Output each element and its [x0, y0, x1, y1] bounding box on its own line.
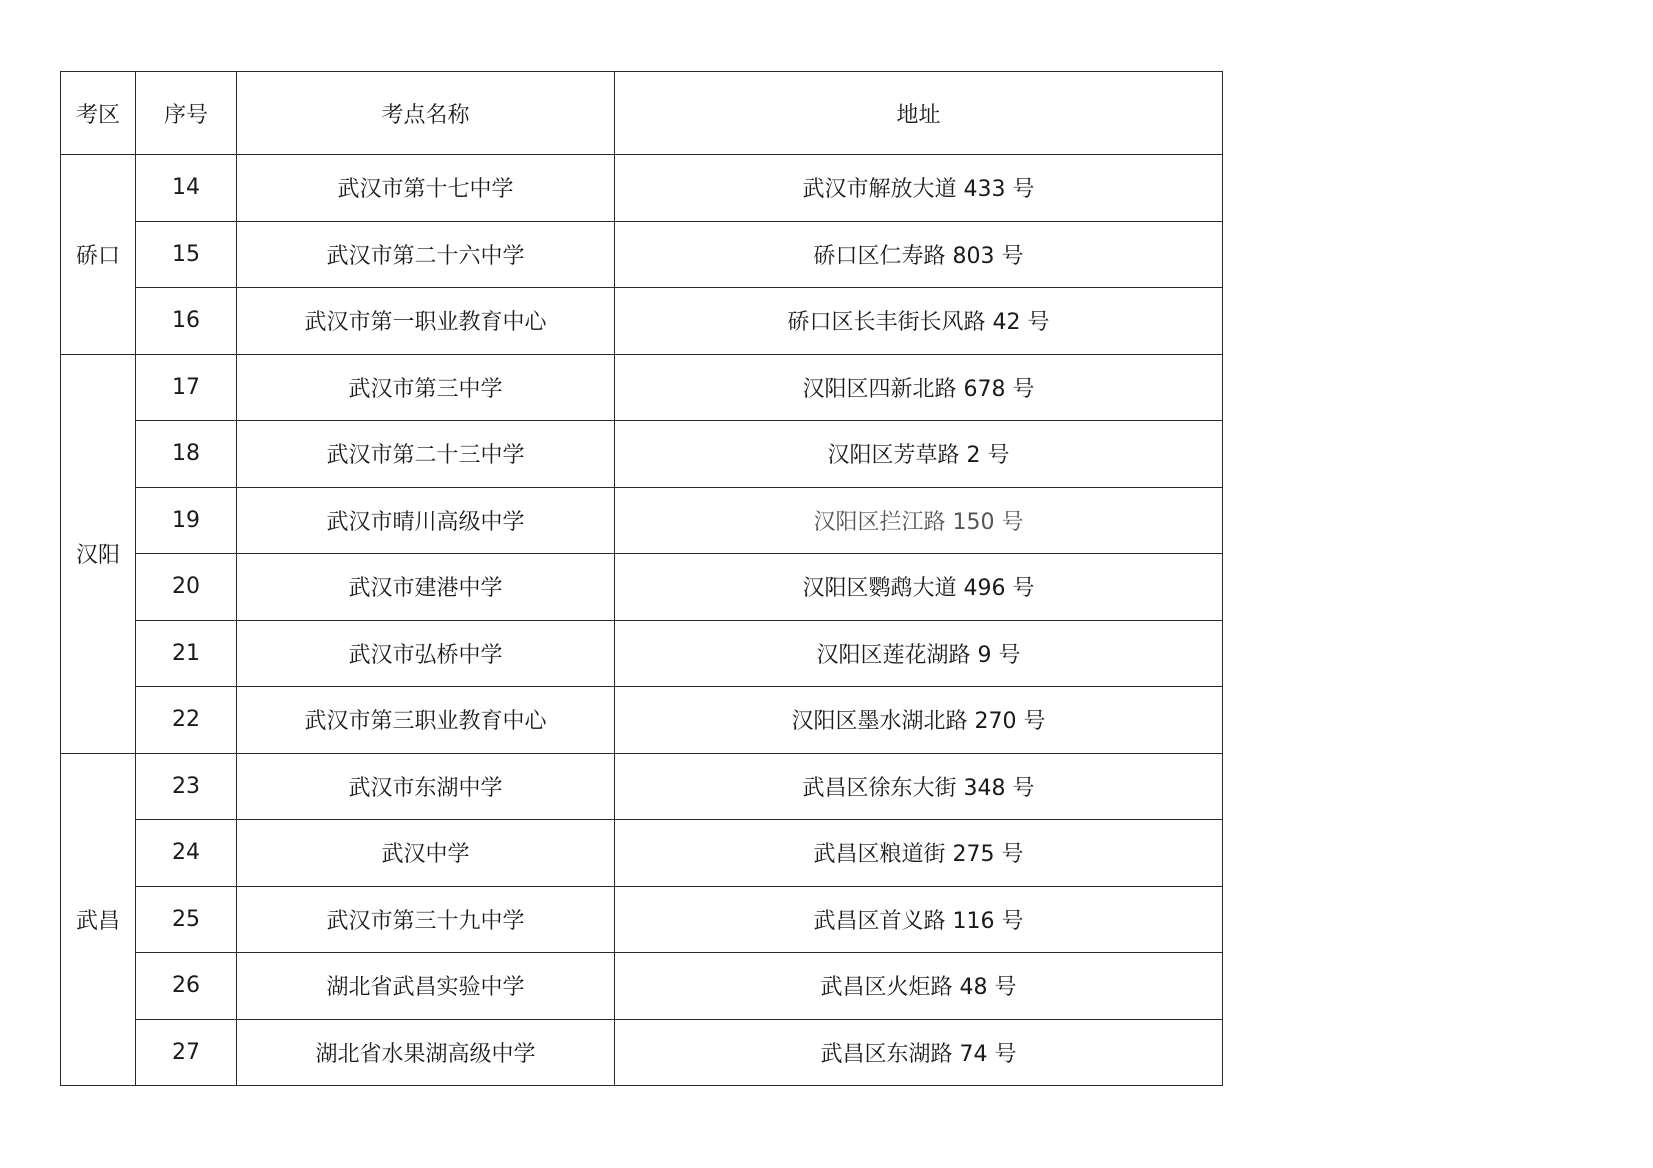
site-name-cell: 武汉市第三中学 [237, 354, 615, 421]
number-cell: 23 [136, 753, 237, 820]
number-cell: 16 [136, 288, 237, 355]
site-name-cell: 武汉市第三十九中学 [237, 886, 615, 953]
address-cell: 武昌区徐东大街 348 号 [615, 753, 1223, 820]
header-address: 地址 [615, 72, 1223, 155]
header-number: 序号 [136, 72, 237, 155]
table-row: 18 武汉市第二十三中学 汉阳区芳草路 2 号 [61, 421, 1223, 488]
header-row: 考区 序号 考点名称 地址 [61, 72, 1223, 155]
site-name-cell: 武汉市弘桥中学 [237, 620, 615, 687]
number-cell: 20 [136, 554, 237, 621]
table-row: 26 湖北省武昌实验中学 武昌区火炬路 48 号 [61, 953, 1223, 1020]
address-cell: 汉阳区芳草路 2 号 [615, 421, 1223, 488]
number-cell: 19 [136, 487, 237, 554]
table-row: 武昌 23 武汉市东湖中学 武昌区徐东大街 348 号 [61, 753, 1223, 820]
table-row: 15 武汉市第二十六中学 硚口区仁寿路 803 号 [61, 221, 1223, 288]
site-name-cell: 武汉市第二十六中学 [237, 221, 615, 288]
table-row: 19 武汉市晴川高级中学 汉阳区拦江路 150 号 [61, 487, 1223, 554]
address-cell: 硚口区长丰街长风路 42 号 [615, 288, 1223, 355]
table-row: 25 武汉市第三十九中学 武昌区首义路 116 号 [61, 886, 1223, 953]
table-row: 汉阳 17 武汉市第三中学 汉阳区四新北路 678 号 [61, 354, 1223, 421]
number-cell: 21 [136, 620, 237, 687]
address-cell: 武昌区火炬路 48 号 [615, 953, 1223, 1020]
number-cell: 22 [136, 687, 237, 754]
site-name-cell: 湖北省武昌实验中学 [237, 953, 615, 1020]
site-name-cell: 武汉市建港中学 [237, 554, 615, 621]
address-cell: 汉阳区墨水湖北路 270 号 [615, 687, 1223, 754]
exam-sites-table: 考区 序号 考点名称 地址 硚口 14 武汉市第十七中学 武汉市解放大道 433… [60, 71, 1223, 1086]
number-cell: 17 [136, 354, 237, 421]
site-name-cell: 武汉市晴川高级中学 [237, 487, 615, 554]
header-site-name: 考点名称 [237, 72, 615, 155]
header-district: 考区 [61, 72, 136, 155]
number-cell: 18 [136, 421, 237, 488]
table-row: 硚口 14 武汉市第十七中学 武汉市解放大道 433 号 [61, 155, 1223, 222]
address-cell: 武昌区粮道街 275 号 [615, 820, 1223, 887]
site-name-cell: 武汉市第一职业教育中心 [237, 288, 615, 355]
number-cell: 15 [136, 221, 237, 288]
site-name-cell: 武汉市第十七中学 [237, 155, 615, 222]
address-cell: 汉阳区鹦鹉大道 496 号 [615, 554, 1223, 621]
address-cell: 武汉市解放大道 433 号 [615, 155, 1223, 222]
address-cell: 汉阳区拦江路 150 号 [615, 487, 1223, 554]
site-name-cell: 武汉中学 [237, 820, 615, 887]
number-cell: 25 [136, 886, 237, 953]
table-row: 22 武汉市第三职业教育中心 汉阳区墨水湖北路 270 号 [61, 687, 1223, 754]
district-cell: 汉阳 [61, 354, 136, 753]
number-cell: 24 [136, 820, 237, 887]
site-name-cell: 武汉市东湖中学 [237, 753, 615, 820]
table-row: 24 武汉中学 武昌区粮道街 275 号 [61, 820, 1223, 887]
site-name-cell: 湖北省水果湖高级中学 [237, 1019, 615, 1086]
number-cell: 14 [136, 155, 237, 222]
number-cell: 26 [136, 953, 237, 1020]
district-cell: 武昌 [61, 753, 136, 1086]
address-cell: 汉阳区四新北路 678 号 [615, 354, 1223, 421]
number-cell: 27 [136, 1019, 237, 1086]
site-name-cell: 武汉市第二十三中学 [237, 421, 615, 488]
address-cell: 硚口区仁寿路 803 号 [615, 221, 1223, 288]
table-row: 20 武汉市建港中学 汉阳区鹦鹉大道 496 号 [61, 554, 1223, 621]
address-cell: 汉阳区莲花湖路 9 号 [615, 620, 1223, 687]
site-name-cell: 武汉市第三职业教育中心 [237, 687, 615, 754]
address-cell: 武昌区首义路 116 号 [615, 886, 1223, 953]
table-row: 27 湖北省水果湖高级中学 武昌区东湖路 74 号 [61, 1019, 1223, 1086]
district-cell: 硚口 [61, 155, 136, 355]
table-row: 21 武汉市弘桥中学 汉阳区莲花湖路 9 号 [61, 620, 1223, 687]
address-cell: 武昌区东湖路 74 号 [615, 1019, 1223, 1086]
table-row: 16 武汉市第一职业教育中心 硚口区长丰街长风路 42 号 [61, 288, 1223, 355]
